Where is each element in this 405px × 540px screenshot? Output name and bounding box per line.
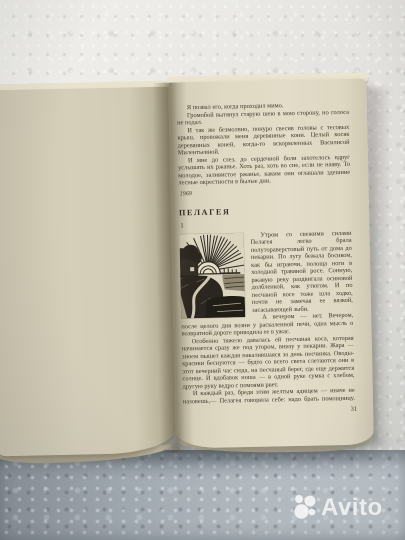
right-page: Я позвал его, когда проходил мимо.Громоб… xyxy=(168,78,374,448)
paragraph: Особенно тяжело давалась ей песчаная кос… xyxy=(182,334,355,390)
right-page-content: Я позвал его, когда проходил мимо.Громоб… xyxy=(168,78,374,448)
book-listing-photo: то время хлюпает да чавкает под ногой, а… xyxy=(0,0,405,540)
avito-logo-icon xyxy=(290,492,317,524)
avito-watermark: Avito xyxy=(290,492,383,524)
avito-watermark-text: Avito xyxy=(321,496,383,520)
woodcut-illustration xyxy=(177,233,245,319)
paragraph: И так же безмолвно, понуро свесив головы… xyxy=(177,123,350,157)
story-ending-paragraphs: Я позвал его, когда проходил мимо.Громоб… xyxy=(177,101,351,187)
story-body: Утром со свежими силами Пелагея легко бр… xyxy=(179,229,355,404)
story-title: ПЕЛАГЕЯ xyxy=(179,204,351,217)
story-year: 1969 xyxy=(180,186,351,197)
paragraph: И каждый раз, бредя этим желтым адищем —… xyxy=(183,387,355,405)
left-page-text: то время хлюпает да чавкает под ногой, а… xyxy=(0,97,168,442)
paragraph: И мне до слез, до сердечной боли захотел… xyxy=(178,153,351,187)
chapter-number: 1 xyxy=(180,218,351,229)
page-number: 31 xyxy=(350,406,357,413)
open-book: то время хлюпает да чавкает под ногой, а… xyxy=(0,0,405,540)
